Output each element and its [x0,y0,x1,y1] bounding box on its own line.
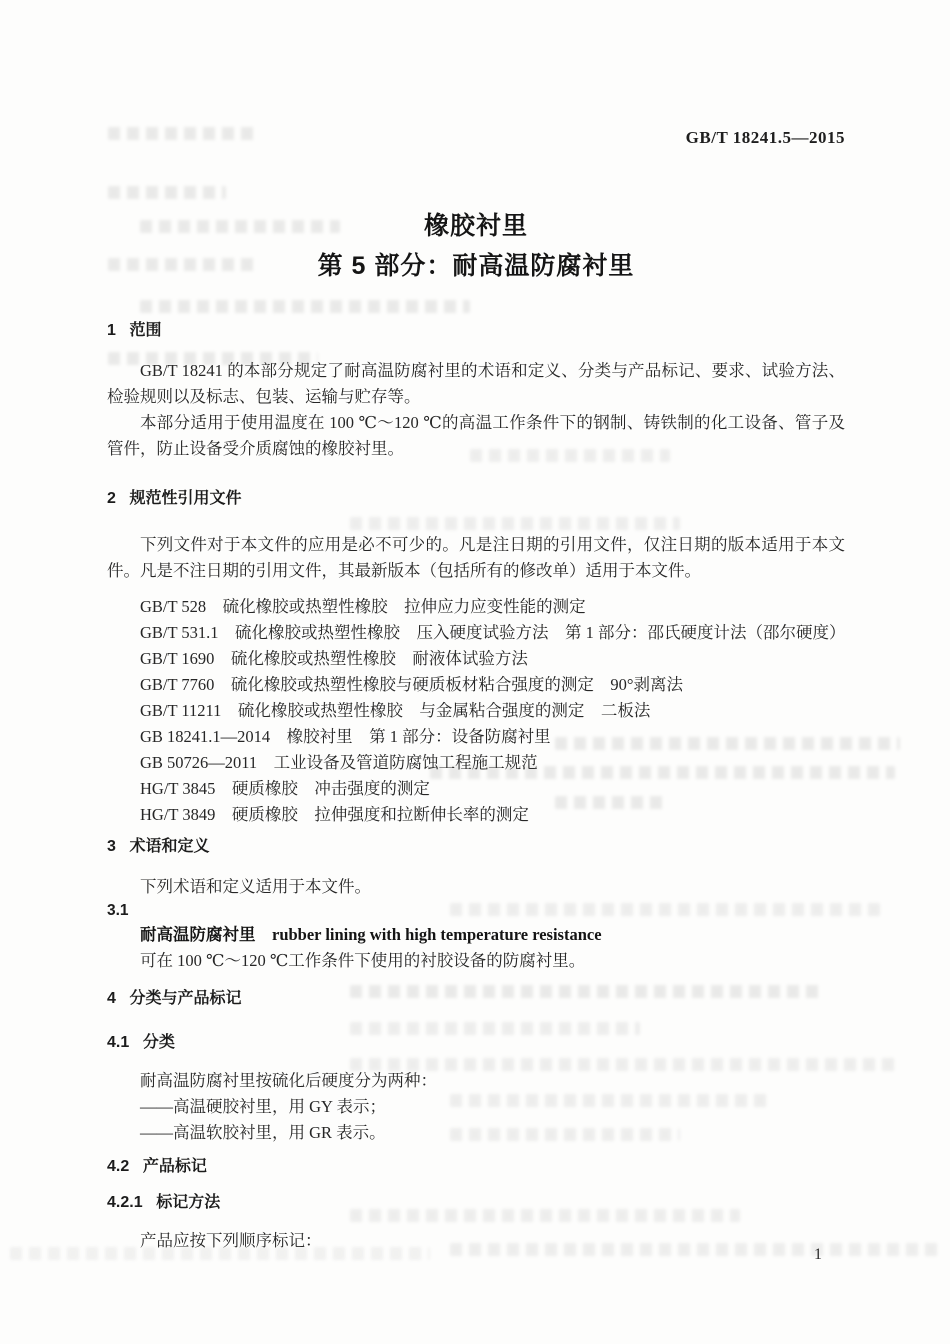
clause-3-heading: 3术语和定义 [107,836,845,858]
clause-2-heading: 2规范性引用文件 [107,488,845,510]
clause-4-1-number: 4.1 [107,1034,129,1051]
clause-2-number: 2 [107,490,116,507]
clause-4-title: 分类与产品标记 [130,990,242,1007]
reference-item: GB/T 7760 硫化橡胶或热塑性橡胶与硬质板材粘合强度的测定 90°剥离法 [107,672,845,698]
clause-4-1-title: 分类 [143,1034,175,1051]
document-title: 橡胶衬里 第 5 部分：耐高温防腐衬里 [107,206,845,286]
clause-4-2-title: 产品标记 [143,1158,207,1175]
clause-4-2-1-number: 4.2.1 [107,1194,143,1211]
clause-1-title: 范围 [130,322,162,339]
references-intro: 下列文件对于本文件的应用是必不可少的。凡是注日期的引用文件，仅注日期的版本适用于… [107,532,845,584]
reference-item: HG/T 3845 硬质橡胶 冲击强度的测定 [107,776,845,802]
document-title-line2: 第 5 部分：耐高温防腐衬里 [107,246,845,286]
reference-item: GB/T 1690 硫化橡胶或热塑性橡胶 耐液体试验方法 [107,646,845,672]
reference-item: HG/T 3849 硬质橡胶 拉伸强度和拉断伸长率的测定 [107,802,845,828]
clause-1-heading: 1范围 [107,320,845,342]
clause-4-2-1-heading: 4.2.1标记方法 [107,1192,845,1214]
term-number: 3.1 [107,900,845,922]
reference-item: GB/T 11211 硫化橡胶或热塑性橡胶 与金属粘合强度的测定 二板法 [107,698,845,724]
term-name: 耐高温防腐衬里 rubber lining with high temperat… [107,922,845,948]
clause-4-1-heading: 4.1分类 [107,1032,845,1054]
marking-intro: 产品应按下列顺序标记： [107,1228,845,1254]
classification-item-gy: ——高温硬胶衬里，用 GY 表示； [107,1094,845,1120]
page-content: GB/T 18241.5—2015 橡胶衬里 第 5 部分：耐高温防腐衬里 1范… [0,128,950,1254]
document-page: GB/T 18241.5—2015 橡胶衬里 第 5 部分：耐高温防腐衬里 1范… [0,0,950,1344]
reference-item: GB 18241.1—2014 橡胶衬里 第 1 部分：设备防腐衬里 [107,724,845,750]
clause-3-number: 3 [107,838,116,855]
standard-code: GB/T 18241.5—2015 [107,128,845,148]
term-definition: 可在 100 ℃～120 ℃工作条件下使用的衬胶设备的防腐衬里。 [107,948,845,974]
clause-4-2-1-title: 标记方法 [156,1194,220,1211]
reference-item: GB 50726—2011 工业设备及管道防腐蚀工程施工规范 [107,750,845,776]
clause-1-number: 1 [107,322,116,339]
clause-4-number: 4 [107,990,116,1007]
reference-item: GB/T 531.1 硫化橡胶或热塑性橡胶 压入硬度试验方法 第 1 部分：邵氏… [107,620,845,646]
document-title-line1: 橡胶衬里 [107,206,845,246]
page-number: 1 [814,1246,822,1264]
classification-intro: 耐高温防腐衬里按硫化后硬度分为两种： [107,1068,845,1094]
reference-item: GB/T 528 硫化橡胶或热塑性橡胶 拉伸应力应变性能的测定 [107,594,845,620]
clause-3-title: 术语和定义 [130,838,210,855]
references-list: GB/T 528 硫化橡胶或热塑性橡胶 拉伸应力应变性能的测定 GB/T 531… [107,594,845,828]
clause-4-heading: 4分类与产品标记 [107,988,845,1010]
clause-4-2-number: 4.2 [107,1158,129,1175]
classification-item-gr: ——高温软胶衬里，用 GR 表示。 [107,1120,845,1146]
scope-paragraph-1: GB/T 18241 的本部分规定了耐高温防腐衬里的术语和定义、分类与产品标记、… [107,358,845,410]
terms-intro: 下列术语和定义适用于本文件。 [107,874,845,900]
clause-2-title: 规范性引用文件 [130,490,242,507]
scope-paragraph-2: 本部分适用于使用温度在 100 ℃～120 ℃的高温工作条件下的钢制、铸铁制的化… [107,410,845,462]
clause-4-2-heading: 4.2产品标记 [107,1156,845,1178]
